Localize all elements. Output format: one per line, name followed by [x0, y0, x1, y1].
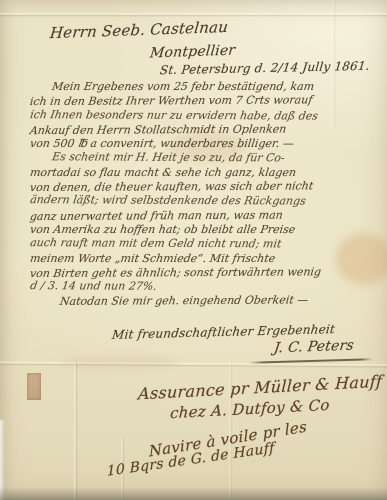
- fold-crease-middle: [0, 362, 387, 369]
- hinge-residue-mark: [27, 373, 41, 400]
- body-line: meinem Worte „mit Schmiede“. Mit frischt…: [29, 252, 385, 266]
- city-line: Montpellier: [149, 42, 236, 61]
- body-line: ändern läßt; wird selbstdenkende des Rüc…: [29, 193, 385, 209]
- body-line: Mein Ergebenes vom 25 febr bestätigend, …: [29, 80, 385, 94]
- body-line: von 500 ℔ a convenirt, wunderbares billi…: [29, 137, 385, 151]
- addressee-line: Herrn Seeb. Castelnau: [49, 18, 229, 42]
- letter-scan: Herrn Seeb. Castelnau Montpellier St. Pe…: [0, 0, 387, 500]
- body-line: ganz unerwartet und früh man nun, was ma…: [29, 208, 385, 224]
- body-line: ich in den Besitz Ihrer Werthen vom 7 Cr…: [29, 93, 385, 109]
- paper-sheet: Herrn Seeb. Castelnau Montpellier St. Pe…: [0, 0, 387, 500]
- body-line: mortadai so flau macht & sehe ich ganz, …: [29, 166, 385, 180]
- foxing-stain-fold: [60, 356, 180, 370]
- body-line: Ankauf den Herrn Stollatschmidt in Oplen…: [29, 122, 385, 138]
- scan-shadow-bottom: [0, 487, 387, 500]
- dateline: St. Petersburg d. 2/14 Jully 1861.: [159, 59, 370, 77]
- body-line: von Amerika zu hoffen hat; ob bleibt all…: [29, 223, 385, 237]
- letter-body: Mein Ergebenes vom 25 febr bestätigend, …: [30, 80, 384, 309]
- signature: J. C. Peters: [273, 338, 355, 357]
- body-line: Natodan Sie mir geh. eingehend Oberkeit …: [29, 293, 385, 309]
- body-line: auch rauft man mit dem Geld nicht rund; …: [29, 236, 385, 252]
- body-line: Es scheint mir H. Heit je so zu, da für …: [29, 151, 385, 167]
- fold-crease-vertical-left: [74, 362, 78, 500]
- fold-crease-top: [0, 13, 387, 17]
